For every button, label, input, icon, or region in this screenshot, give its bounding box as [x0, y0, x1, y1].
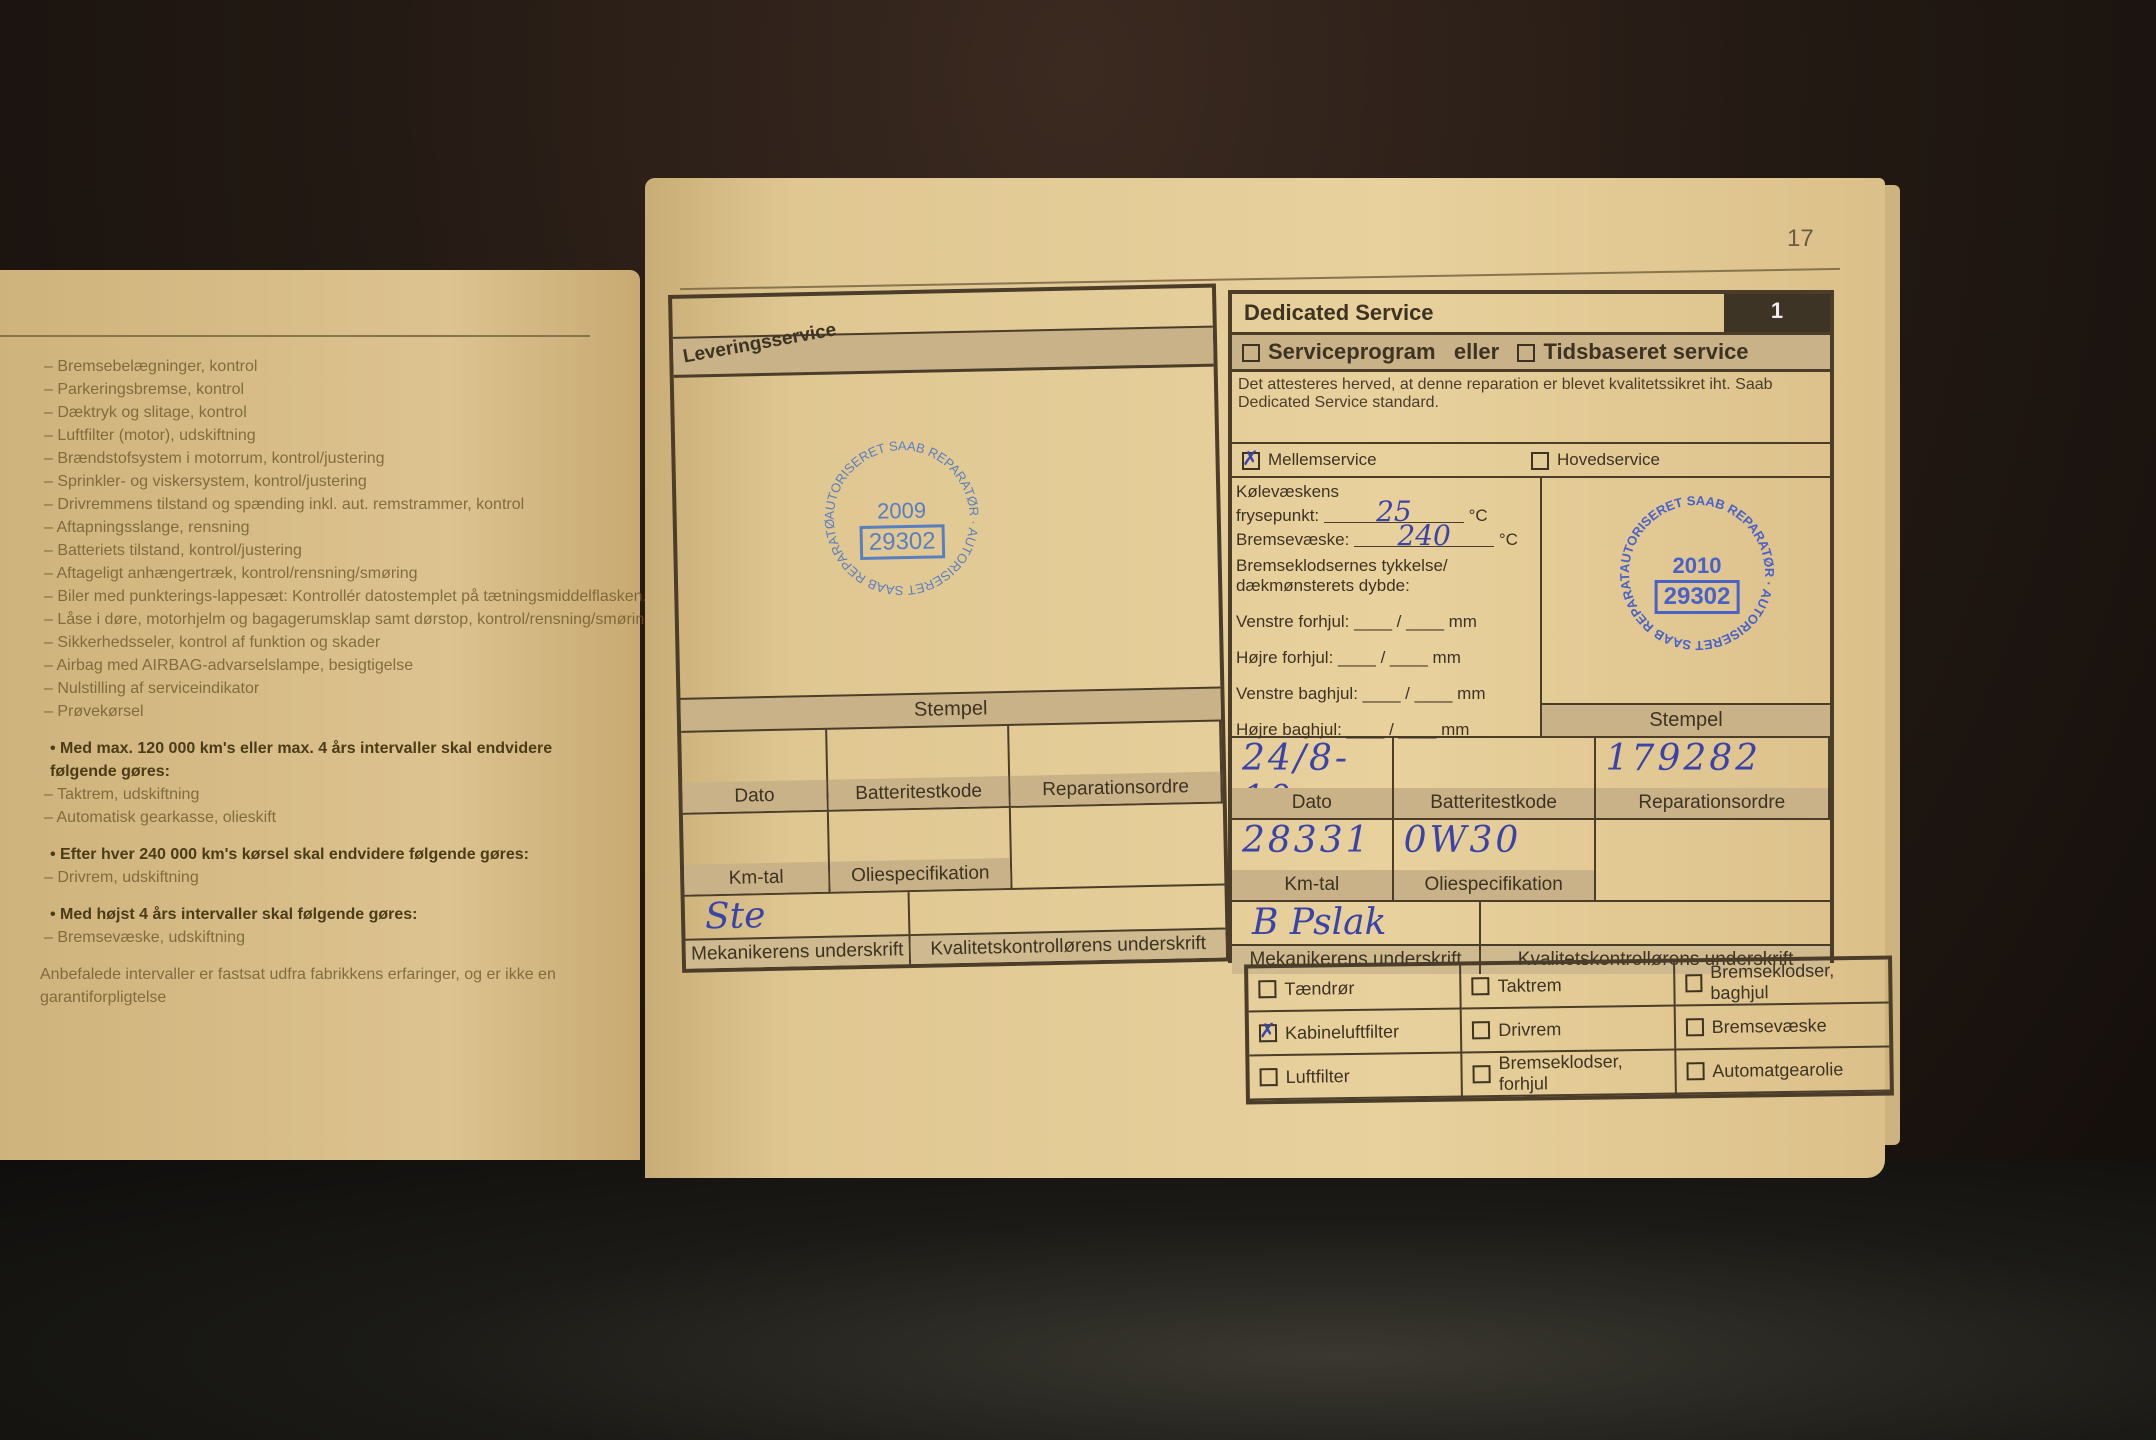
service-type-options: Serviceprogram eller Tidsbaseret service — [1232, 335, 1830, 372]
dato-label: Dato — [1232, 788, 1392, 818]
oliespecifikation-label: Oliespecifikation — [1394, 870, 1594, 900]
thickness-label: Bremseklodsernes tykkelse/ dækmønsterets… — [1236, 556, 1536, 596]
or-label: eller — [1454, 339, 1499, 364]
km-tal-label: Km-tal — [1232, 870, 1392, 900]
celsius-unit: °C — [1469, 506, 1488, 525]
list-item: Luftfilter (motor), udskiftning — [40, 424, 600, 447]
km-tal-field[interactable]: 28331Km-tal — [1232, 820, 1394, 902]
brake-fluid-value[interactable]: 240 — [1354, 526, 1494, 547]
tidsbaseret-checkbox[interactable] — [1517, 344, 1535, 362]
measurements-and-stamp: Kølevæskens frysepunkt: 25 °C Bremsevæsk… — [1232, 478, 1830, 738]
mechanic-signature-label: Mekanikerens underskrift — [685, 934, 909, 969]
mechanic-signature: Ste — [705, 895, 766, 937]
checklist-label: Luftfilter — [1285, 1066, 1349, 1088]
list-item: Prøvekørsel — [40, 700, 600, 723]
empty-field — [1596, 820, 1830, 902]
reparationsordre-field[interactable]: Reparationsordre — [1009, 722, 1222, 808]
checklist-item[interactable]: Bremseklodser, forhjul — [1463, 1051, 1677, 1098]
attest-text: Det attesteres herved, at denne reparati… — [1232, 372, 1830, 444]
checklist-item[interactable]: Luftfilter — [1249, 1053, 1463, 1100]
checklist-label: Bremsevæske — [1711, 1015, 1826, 1038]
checklist-label: Tændrør — [1284, 977, 1354, 999]
service-checklist: TændrørTaktremBremseklodser, baghjulKabi… — [1244, 955, 1894, 1104]
mechanic-signature: B Pslak — [1252, 902, 1386, 943]
coolant-label-2: frysepunkt: — [1236, 506, 1319, 525]
measurements: Kølevæskens frysepunkt: 25 °C Bremsevæsk… — [1232, 478, 1542, 736]
batteritestkode-field[interactable]: Batteritestkode — [827, 726, 1011, 812]
service-fields: 24/8-10Dato Batteritestkode 179282Repara… — [1232, 738, 1830, 902]
list-item: Aftageligt anhængertræk, kontrol/rensnin… — [40, 562, 600, 585]
stamp-code: 29302 — [860, 524, 945, 560]
list-item: Airbag med AIRBAG-advarselslampe, besigt… — [40, 654, 600, 677]
list-item: Nulstilling af serviceindikator — [40, 677, 600, 700]
maintenance-list: Bremsebelægninger, kontrolParkeringsbrem… — [40, 355, 600, 1009]
mechanic-signature-field[interactable]: Ste Mekanikerens underskrift — [685, 892, 911, 969]
dato-label: Dato — [682, 780, 827, 813]
service-number: 1 — [1724, 294, 1830, 332]
list-item: Drivremmens tilstand og spænding inkl. a… — [40, 493, 600, 516]
batteritestkode-label: Batteritestkode — [1394, 788, 1594, 818]
mellemservice-checkbox[interactable] — [1242, 452, 1260, 470]
checkbox[interactable] — [1258, 980, 1276, 998]
reparationsordre-label: Reparationsordre — [1596, 788, 1828, 818]
reparationsordre-field[interactable]: 179282Reparationsordre — [1596, 738, 1830, 820]
stamp-year: 2009 — [816, 496, 987, 526]
list-item: Dæktryk og slitage, kontrol — [40, 401, 600, 424]
km-tal-field[interactable]: Km-tal — [683, 812, 831, 897]
checkbox[interactable] — [1686, 1018, 1704, 1036]
wheel-rows: Venstre forhjul: ____ / ____ mmHøjre for… — [1236, 612, 1536, 740]
celsius-unit: °C — [1499, 530, 1518, 549]
dedicated-service-form: Dedicated Service 1 Serviceprogram eller… — [1228, 290, 1834, 963]
wheel-row[interactable]: Venstre forhjul: ____ / ____ mm — [1236, 612, 1536, 632]
leveringsservice-form: Leveringsservice AUTORISERET SAAB REPARA… — [668, 284, 1230, 973]
list-item: Bremsebelægninger, kontrol — [40, 355, 600, 378]
service-fields: Dato Batteritestkode Reparationsordre Km… — [681, 722, 1224, 897]
checklist-label: Drivrem — [1498, 1019, 1561, 1041]
checkbox[interactable] — [1472, 977, 1490, 995]
oliespecifikation-field[interactable]: Oliespecifikation — [829, 808, 1013, 894]
empty-field — [1011, 803, 1224, 889]
tidsbaseret-label: Tidsbaseret service — [1543, 339, 1748, 364]
checkbox[interactable] — [1685, 974, 1703, 992]
list-item: Parkeringsbremse, kontrol — [40, 378, 600, 401]
checklist-label: Taktrem — [1498, 975, 1562, 997]
wheel-row[interactable]: Højre baghjul: ____ / ____ mm — [1236, 720, 1536, 740]
stamp-year: 2010 — [1612, 553, 1782, 579]
qc-signature-field[interactable]: Kvalitetskontrollørens underskrift — [910, 885, 1226, 964]
checklist-item[interactable]: Bremsevæske — [1675, 1004, 1889, 1051]
signature-row: Ste Mekanikerens underskrift Kvalitetsko… — [685, 885, 1226, 968]
section-heading: Med max. 120 000 km's eller max. 4 års i… — [40, 737, 600, 783]
serviceprogram-label: Serviceprogram — [1268, 339, 1436, 364]
oliespecifikation-field[interactable]: 0W30Oliespecifikation — [1394, 820, 1596, 902]
form-header: Dedicated Service 1 — [1232, 294, 1830, 335]
checklist-item[interactable]: Taktrem — [1461, 963, 1675, 1010]
brake-fluid-label: Bremsevæske: — [1236, 530, 1349, 549]
list-item: Bremsevæske, udskiftning — [40, 926, 600, 949]
qc-signature-label: Kvalitetskontrollørens underskrift — [910, 927, 1226, 964]
stamp-code: 29302 — [1655, 580, 1740, 614]
checklist-label: Automatgearolie — [1712, 1059, 1843, 1082]
stamp-label: Stempel — [1542, 703, 1830, 736]
serviceprogram-checkbox[interactable] — [1242, 344, 1260, 362]
km-tal-label: Km-tal — [684, 862, 829, 895]
checkbox[interactable] — [1259, 1024, 1277, 1042]
form-title: Dedicated Service — [1232, 294, 1724, 332]
leather-surface — [0, 1160, 2156, 1440]
header-rule — [0, 335, 590, 337]
list-item: Automatisk gearkasse, olieskift — [40, 806, 600, 829]
checklist-item[interactable]: Automatgearolie — [1676, 1048, 1890, 1095]
checklist-item[interactable]: Drivrem — [1462, 1007, 1676, 1054]
hovedservice-label: Hovedservice — [1557, 450, 1660, 469]
batteritestkode-label: Batteritestkode — [828, 776, 1009, 810]
stamp-area: AUTORISERET SAAB REPARATØR · AUTORISERET… — [674, 367, 1221, 700]
checklist-label: Bremseklodser, forhjul — [1498, 1051, 1674, 1095]
service-level: Mellemservice Hovedservice — [1232, 444, 1830, 478]
checkbox[interactable] — [1472, 1021, 1490, 1039]
workshop-stamp: AUTORISERET SAAB REPARATØR · AUTORISERET… — [815, 431, 989, 605]
list-item: Drivrem, udskiftning — [40, 866, 600, 889]
wheel-row[interactable]: Venstre baghjul: ____ / ____ mm — [1236, 684, 1536, 704]
checkbox[interactable] — [1686, 1062, 1704, 1080]
checkbox[interactable] — [1473, 1065, 1491, 1083]
section-heading: Efter hver 240 000 km's kørsel skal endv… — [40, 843, 600, 866]
list-item: Sprinkler- og viskersystem, kontrol/just… — [40, 470, 600, 493]
footer-note: Anbefalede intervaller er fastsat udfra … — [40, 963, 600, 1009]
km-tal-value: 28331 — [1242, 820, 1372, 861]
section-heading: Med højst 4 års intervaller skal følgend… — [40, 903, 600, 926]
list-item: Aftapningsslange, rensning — [40, 516, 600, 539]
checklist-item[interactable]: Tændrør — [1248, 965, 1462, 1012]
checklist-label: Kabineluftfilter — [1285, 1021, 1399, 1044]
checkbox[interactable] — [1260, 1068, 1278, 1086]
hovedservice-checkbox[interactable] — [1531, 452, 1549, 470]
stamp-area: AUTORISERET SAAB REPARATØR · AUTORISERET… — [1542, 478, 1830, 736]
oliespecifikation-label: Oliespecifikation — [830, 858, 1011, 892]
list-item: Batteriets tilstand, kontrol/justering — [40, 539, 600, 562]
checklist-item[interactable]: Bremseklodser, baghjul — [1675, 960, 1889, 1007]
list-item: Brændstofsystem i motorrum, kontrol/just… — [40, 447, 600, 470]
reparationsordre-value: 179282 — [1606, 738, 1761, 779]
list-item: Sikkerhedsseler, kontrol af funktion og … — [40, 631, 600, 654]
batteritestkode-field[interactable]: Batteritestkode — [1394, 738, 1596, 820]
mellemservice-label: Mellemservice — [1268, 450, 1377, 469]
checklist-label: Bremseklodser, baghjul — [1710, 960, 1889, 1004]
list-item: Taktrem, udskiftning — [40, 783, 600, 806]
dato-field[interactable]: Dato — [681, 730, 829, 815]
workshop-stamp: AUTORISERET SAAB REPARATØR · AUTORISERET… — [1612, 488, 1782, 658]
wheel-row[interactable]: Højre forhjul: ____ / ____ mm — [1236, 648, 1536, 668]
oliespecifikation-value: 0W30 — [1404, 820, 1522, 861]
reparationsordre-label: Reparationsordre — [1011, 772, 1221, 806]
list-item: Biler med punkterings-lappesæt: Kontroll… — [40, 585, 600, 608]
list-item: Låse i døre, motorhjelm og bagagerumskla… — [40, 608, 600, 631]
dato-field[interactable]: 24/8-10Dato — [1232, 738, 1394, 820]
checklist-item[interactable]: Kabineluftfilter — [1249, 1009, 1463, 1056]
page-number: 17 — [1787, 225, 1814, 253]
